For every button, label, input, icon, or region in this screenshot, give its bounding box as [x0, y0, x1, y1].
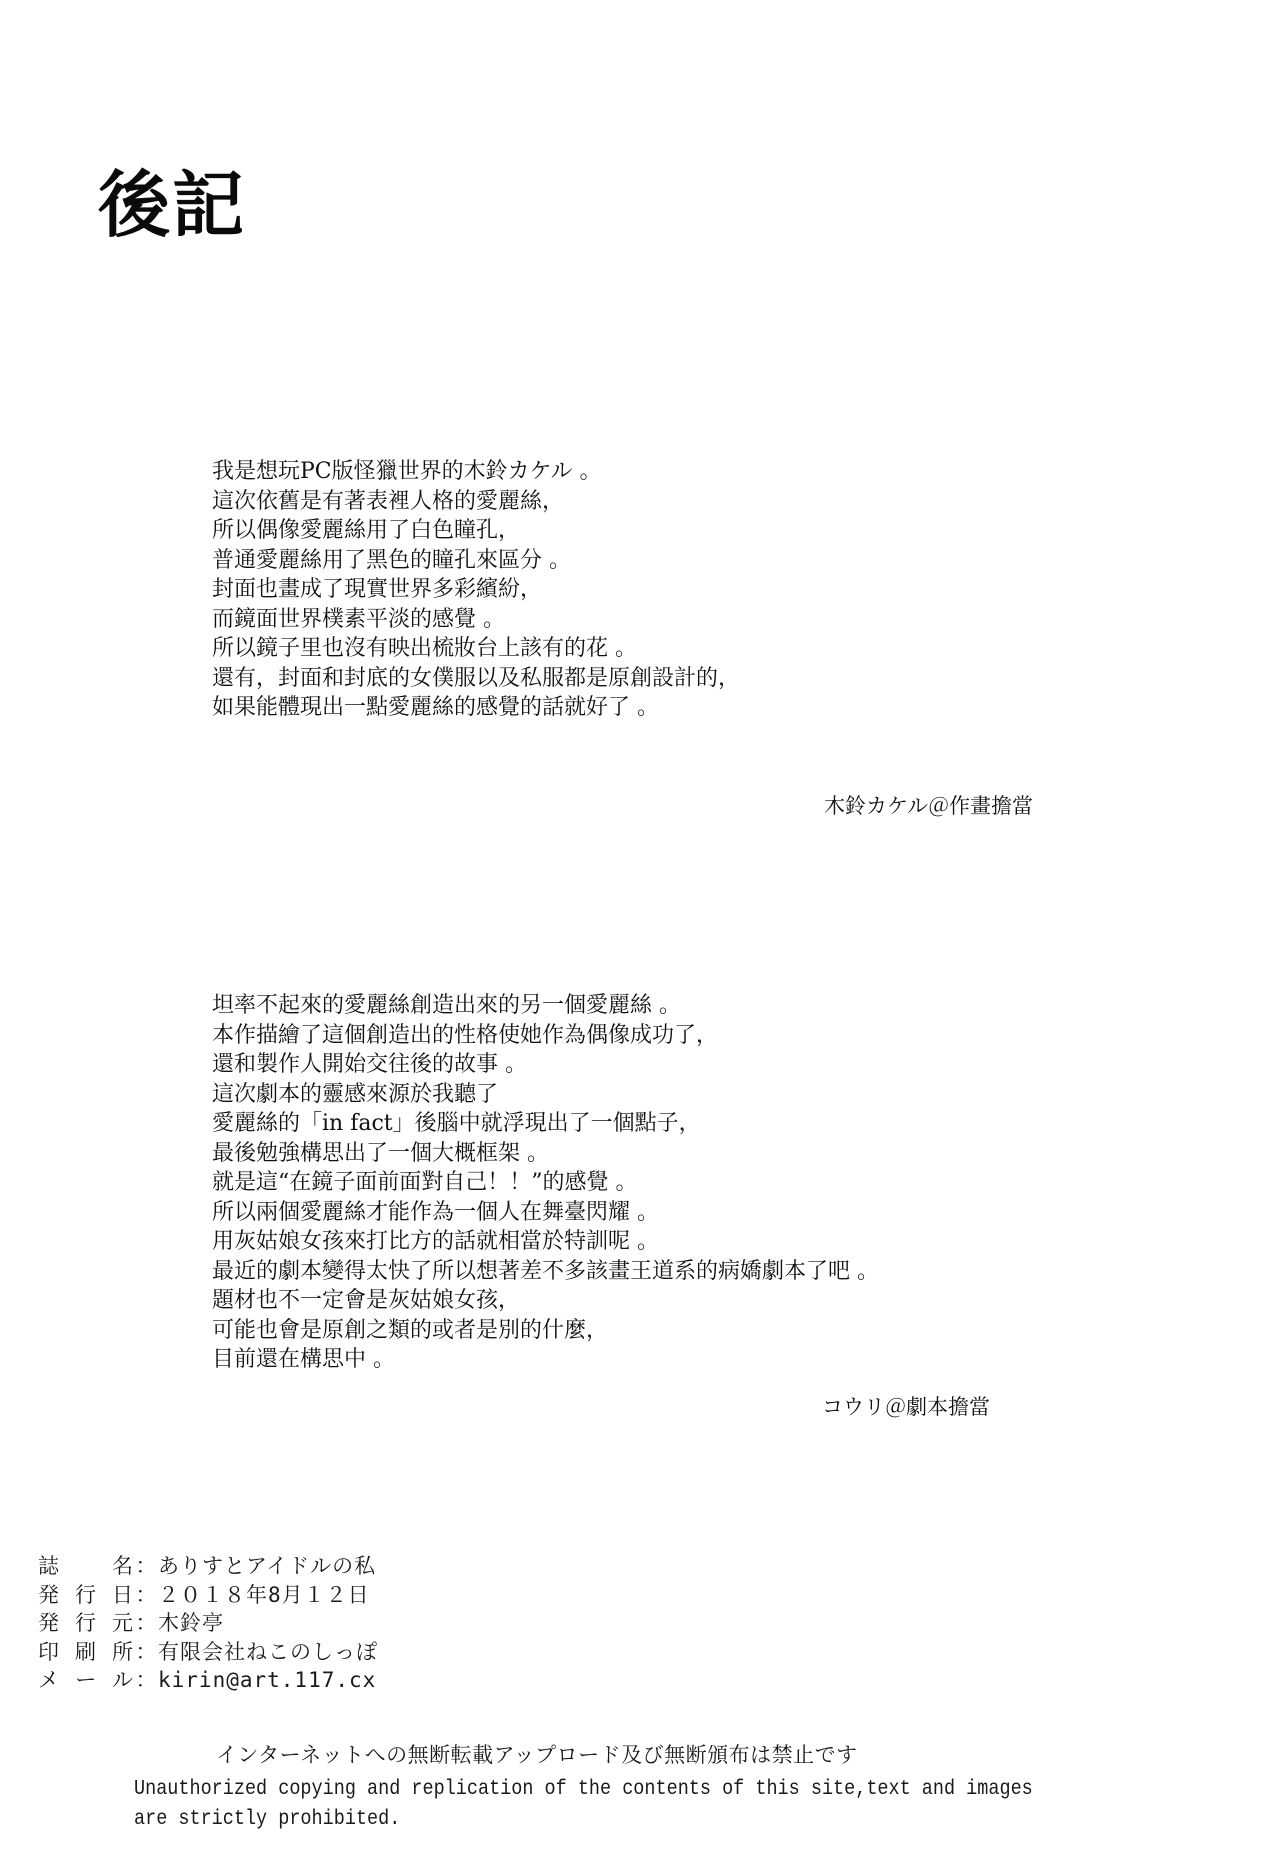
afterword-writer-paragraph: 坦率不起來的愛麗絲創造出來的另一個愛麗絲 。 本作描繪了這個創造出的性格使她作為…: [212, 991, 879, 1375]
paragraph-line: 如果能體現出一點愛麗絲的感覺的話就好了 。: [212, 693, 740, 723]
paragraph-line: 而鏡面世界樸素平淡的感覺 。: [212, 605, 740, 635]
writer-signature: コウリ＠劇本擔當: [822, 1393, 990, 1421]
colophon-label: 発行日: [38, 1581, 134, 1610]
paragraph-line: 用灰姑娘女孩來打比方的話就相當於特訓呢 。: [212, 1227, 879, 1257]
colophon-row-date: 発行日 ： ２０１８年8月１２日: [38, 1581, 378, 1610]
paragraph-line: 我是想玩PC版怪獵世界的木鈴カケル 。: [212, 457, 740, 487]
paragraph-line: 普通愛麗絲用了黑色的瞳孔來區分 。: [212, 546, 740, 576]
paragraph-line: 題材也不一定會是灰姑娘女孩，: [212, 1286, 879, 1316]
paragraph-line: 所以兩個愛麗絲才能作為一個人在舞臺閃耀 。: [212, 1198, 879, 1228]
paragraph-line: 可能也會是原創之類的或者是別的什麼，: [212, 1316, 879, 1346]
colophon-separator: ：: [134, 1638, 158, 1667]
colophon-label: 発行元: [38, 1609, 134, 1638]
page-title: 後記: [98, 160, 246, 250]
paragraph-line: 目前還在構思中 。: [212, 1345, 879, 1375]
artist-signature: 木鈴カケル＠作畫擔當: [824, 792, 1033, 820]
paragraph-line: 愛麗絲的「in fact」後腦中就浮現出了一個點子，: [212, 1109, 879, 1139]
paragraph-line: 最近的劇本變得太快了所以想著差不多該畫王道系的病嬌劇本了吧 。: [212, 1257, 879, 1287]
notice-line: are strictly prohibited.: [134, 1804, 1046, 1834]
paragraph-line: 就是這“在鏡子面前面對自己！！”的感覺 。: [212, 1168, 879, 1198]
paragraph-line: 最後勉強構思出了一個大概框架 。: [212, 1139, 879, 1169]
colophon-label: 誌 名: [38, 1552, 134, 1581]
colophon-separator: ：: [134, 1666, 158, 1695]
paragraph-line: 所以偶像愛麗絲用了白色瞳孔，: [212, 516, 740, 546]
colophon-row-printer: 印刷所 ： 有限会社ねこのしっぽ: [38, 1638, 378, 1667]
colophon-value: ２０１８年8月１２日: [158, 1581, 370, 1610]
colophon: 誌 名 ： ありすとアイドルの私 発行日 ： ２０１８年8月１２日 発行元 ： …: [38, 1552, 378, 1695]
colophon-value: 有限会社ねこのしっぽ: [158, 1638, 378, 1667]
paragraph-line: 封面也畫成了現實世界多彩繽紛，: [212, 575, 740, 605]
colophon-separator: ：: [134, 1609, 158, 1638]
paragraph-line: 還和製作人開始交往後的故事 。: [212, 1050, 879, 1080]
colophon-separator: ：: [134, 1581, 158, 1610]
paragraph-line: 還有，封面和封底的女僕服以及私服都是原創設計的，: [212, 664, 740, 694]
afterword-artist-paragraph: 我是想玩PC版怪獵世界的木鈴カケル 。 這次依舊是有著表裡人格的愛麗絲， 所以偶…: [212, 457, 740, 723]
colophon-label: メール: [38, 1666, 134, 1695]
paragraph-line: 坦率不起來的愛麗絲創造出來的另一個愛麗絲 。: [212, 991, 879, 1021]
copyright-notice-english: Unauthorized copying and replication of …: [134, 1774, 1046, 1834]
copyright-notice-japanese: インターネットへの無断転載アップロード及び無断頒布は禁止です: [216, 1741, 858, 1769]
colophon-label: 印刷所: [38, 1638, 134, 1667]
paragraph-line: 本作描繪了這個創造出的性格使她作為偶像成功了，: [212, 1021, 879, 1051]
colophon-value: 木鈴亭: [158, 1609, 224, 1638]
colophon-value: ありすとアイドルの私: [158, 1552, 376, 1581]
colophon-row-title: 誌 名 ： ありすとアイドルの私: [38, 1552, 378, 1581]
colophon-row-email: メール ： kirin@art.117.cx: [38, 1666, 378, 1695]
colophon-email: kirin@art.117.cx: [158, 1666, 376, 1695]
paragraph-line: 這次劇本的靈感來源於我聽了: [212, 1080, 879, 1110]
paragraph-line: 這次依舊是有著表裡人格的愛麗絲，: [212, 487, 740, 517]
notice-line: Unauthorized copying and replication of …: [134, 1774, 1046, 1804]
paragraph-line: 所以鏡子里也沒有映出梳妝台上該有的花 。: [212, 634, 740, 664]
afterword-page: 後記 我是想玩PC版怪獵世界的木鈴カケル 。 這次依舊是有著表裡人格的愛麗絲， …: [0, 0, 1280, 1872]
colophon-separator: ：: [134, 1552, 158, 1581]
colophon-row-publisher: 発行元 ： 木鈴亭: [38, 1609, 378, 1638]
